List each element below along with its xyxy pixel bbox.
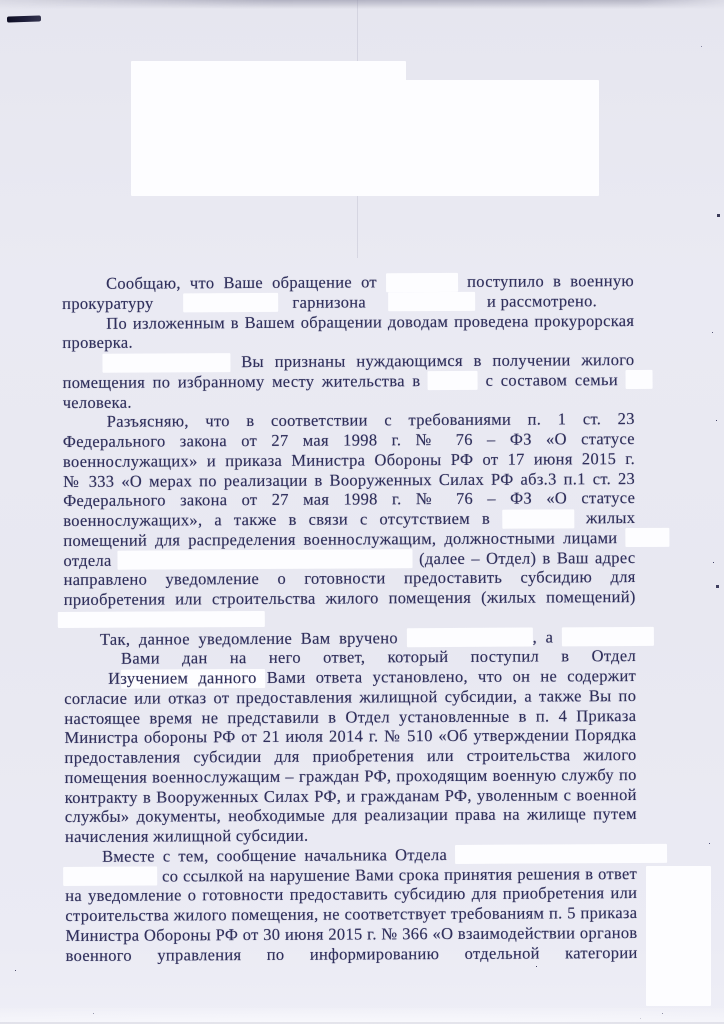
letter-body: Сообщаю, что Ваше обращение от поступило… [62,271,638,965]
text-segment: настоящее время не представили в Отдел у… [64,705,636,727]
text-segment: начисления жилищной субсидии. [65,826,309,846]
text-segment: с составом семьи [486,370,618,390]
text-segment: жилых [586,508,635,527]
redaction-box [118,549,413,570]
redaction-box [625,528,669,547]
scanned-letter-page: Сообщаю, что Ваше обращение от поступило… [0,0,724,1024]
text-line-3: По изложенным в Вашем обращении доводам … [62,311,634,334]
text-segment: отдела [63,550,111,569]
text-line-1: Сообщаю, что Ваше обращение от поступило… [62,271,634,294]
text-line-6: помещения по избранному месту жительства… [63,370,635,393]
text-segment: помещений для распределения военнослужащ… [63,528,617,550]
redaction-box [407,628,533,648]
text-segment: Министра обороны РФ от 21 июля 2014 г. №… [64,725,636,747]
scan-specks [0,0,1,1]
redaction-box-header-right [404,80,599,196]
text-segment: и рассмотрено. [487,291,597,311]
text-segment: контракту в Вооруженных Силах РФ, и граж… [65,784,637,806]
text-segment: строительства жилого помещения, не соотв… [65,903,637,925]
text-segment: По изложенным в Вашем обращении доводам … [106,311,634,333]
text-segment: на уведомление о готовности предоставить… [65,883,637,905]
text-segment: Вы признаны нуждающимся в получении жило… [241,350,634,371]
text-segment: военнослужащих», а также в связи с отсут… [63,509,490,530]
text-segment: , а [533,627,554,646]
scan-top-shadow [0,0,724,9]
text-segment: помещения военнослужащим – граждан РФ, п… [65,765,637,787]
redaction-box [625,370,652,389]
text-line-17: приобретения или строительства жилого по… [64,587,636,610]
text-segment: Вместе с тем, сообщение начальника Отдел… [102,845,447,866]
text-segment: поступило в военную [467,271,634,291]
text-segment: Разъясняю, что в соответствии с требован… [107,409,635,431]
redaction-box [502,509,574,528]
text-segment: предоставления субсидии для приобретения… [64,745,636,767]
text-segment: направлено уведомление о готовности пред… [64,567,636,589]
text-segment: Так, данное уведомление Вам вручено [100,628,398,649]
redaction-box [183,293,278,312]
text-segment: Изучением данного Вами ответа установлен… [108,666,636,688]
text-segment: приобретения или строительства жилого по… [64,587,636,609]
redaction-box [102,353,230,373]
text-segment: № 333 «О мерах по реализации в Вооруженн… [63,469,635,491]
text-line-28: службы» документы, необходимые для реали… [65,804,637,827]
text-segment: прокуратуру [62,293,153,312]
redaction-box [58,611,265,628]
text-segment: проверка. [62,333,133,352]
redaction-box [386,272,458,291]
redaction-box [63,867,157,886]
text-segment: Вами дан на него ответ, который поступил… [121,646,636,668]
redaction-box [428,371,478,390]
text-segment: гарнизона [292,292,366,311]
text-segment: (далее – Отдел) в Ваш адрес [419,548,636,568]
text-segment: Федерального закона от 27 мая 1998 г. № … [63,429,635,451]
text-line-35: военного управления по информированию от… [66,942,638,965]
redaction-box-header-left [131,61,406,196]
text-segment: Сообщаю, что Ваше обращение от [106,272,377,292]
text-segment: Министра Обороны РФ от 30 июня 2015 г. №… [65,923,637,945]
ink-mark [7,15,41,22]
redaction-box [562,627,654,646]
redaction-box-bottom-right [646,866,711,1006]
text-segment: помещения по избранному месту жительства… [63,371,421,392]
text-segment: военного управления по информированию от… [66,942,638,964]
text-segment: военнослужащих» и приказа Министра Оборо… [63,449,635,471]
text-segment: согласие или отказ от предоставления жил… [64,686,636,708]
redaction-box [455,844,667,864]
text-segment: со ссылкой на нарушение Вами срока приня… [162,863,637,884]
text-segment: Федерального закона от 27 мая 1998 г. № … [63,488,635,510]
text-segment: человека. [63,392,132,411]
text-segment: службы» документы, необходимые для реали… [65,804,637,826]
redaction-box [388,292,475,311]
